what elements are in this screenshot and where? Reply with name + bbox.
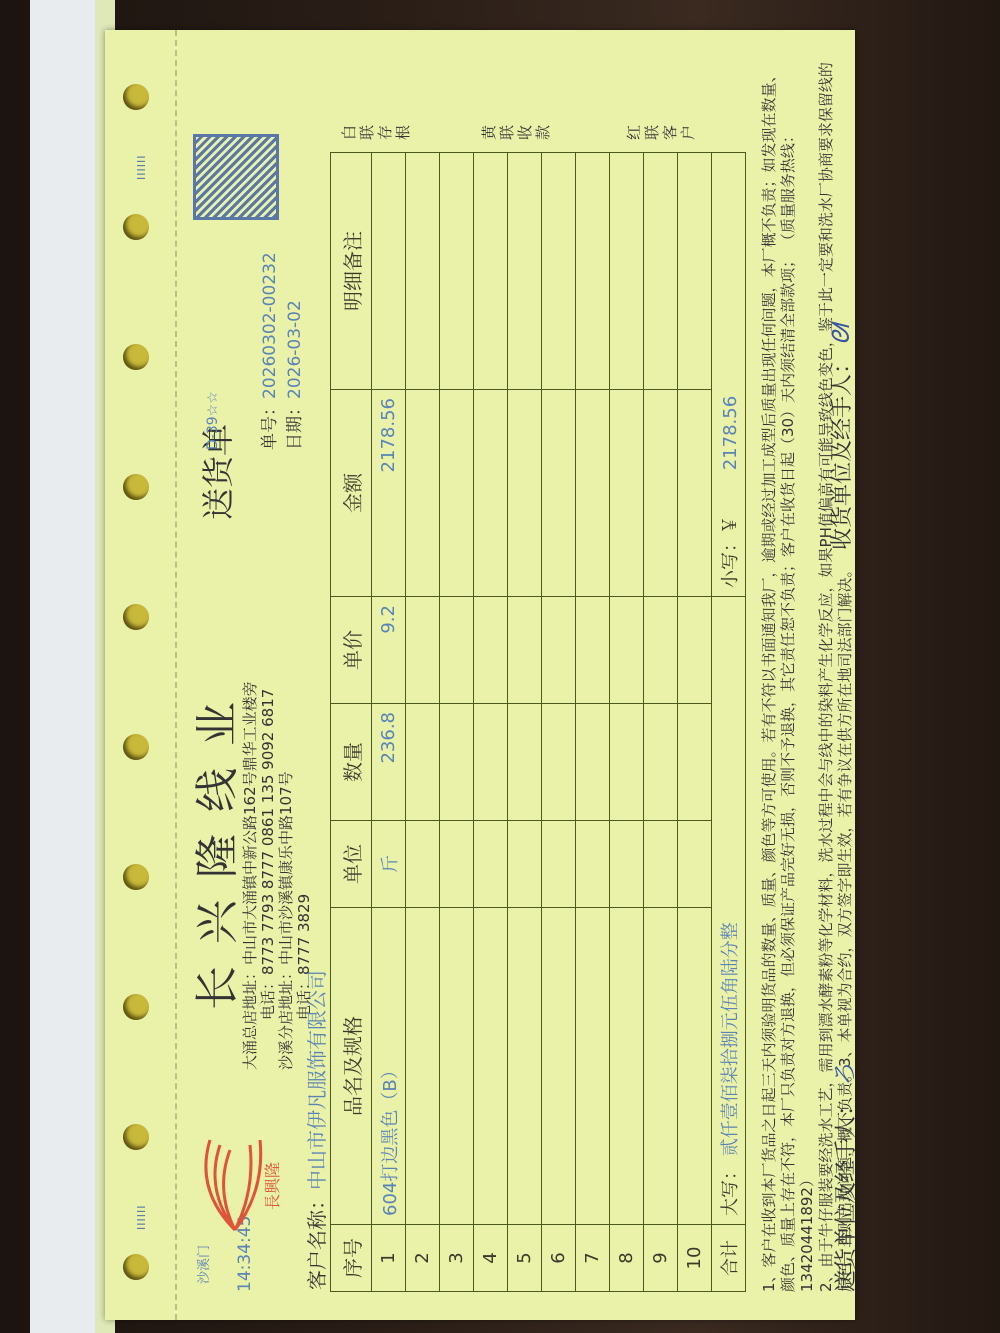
total-row: 合计 大写： 贰仟壹佰柒拾捌元伍角陆分整 小写：￥ 2178.56 [712,153,746,1292]
total-lowercase: 小写：￥ 2178.56 [712,153,746,597]
col-note-header: 明细备注 [331,153,372,390]
table-row: 4 [474,153,508,1292]
copy-label-white: 白联存根 [340,122,412,140]
copy-label-red: 红联客户 [625,122,697,140]
logo-text: 長興隆 [263,1162,280,1210]
col-price-header: 单价 [331,597,372,704]
receiver-signature-field: 收货单位及经手人： ᘛ [825,325,856,550]
table-row: 2 [406,153,440,1292]
sender-signature: ろ [831,1063,859,1087]
col-name-header: 品名及规格 [331,908,372,1225]
table-row: 8 [610,153,644,1292]
table-header-row: 序号 品名及规格 单位 数量 单价 金额 明细备注 [331,153,372,1292]
branch-tag: 沙溪门 [193,1245,212,1284]
terms-line-1: 1、客户在收到本厂货品之日起三天内须验明货品的数量、质量、颜色等方可使用。若有不… [760,67,797,1292]
total-lowercase-value: 2178.56 [720,396,741,470]
sender-signature-field: 送货单位及经手人： ろ [825,1063,860,1292]
receiver-signature: ᘛ [827,325,855,345]
col-amount-header: 金额 [331,390,372,597]
company-name: 长兴隆线业 [181,680,245,1010]
form-code: D-39☆☆ [205,391,221,450]
total-label: 合计 [712,1225,746,1292]
table-row: 5 [508,153,542,1292]
table-row: 6 [542,153,576,1292]
total-uppercase-value: 贰仟壹佰柒拾捌元伍角陆分整 [720,922,741,1156]
col-index-header: 序号 [331,1225,372,1292]
total-uppercase: 大写： 贰仟壹佰柒拾捌元伍角陆分整 [712,597,746,1225]
copy-label-yellow: 黄联收款 [480,122,552,140]
underlying-paper-stack [30,0,102,1333]
table-row: 9 [644,153,678,1292]
table-row: 7 [576,153,610,1292]
table-row: 10 [678,153,712,1292]
order-number-field: 单号：20260302-00232 [255,252,280,450]
company-logo-icon: 長興隆 [190,1130,280,1250]
col-qty-header: 数量 [331,704,372,821]
table-row: 1 604打边黑色（B） 斤 236.8 9.2 2178.56 [372,153,406,1292]
customer-name-field: 客户名称：中山市伊凡服饰有限公司 [301,970,330,1290]
date-field: 日期：2026-03-02 [280,300,305,450]
table-row: 3 [440,153,474,1292]
delivery-note: IIIIII IIIIII 沙溪门 14:34:45 長興隆 长兴隆线业 送货单… [105,30,855,1320]
col-unit-header: 单位 [331,821,372,908]
items-table: 序号 品名及规格 单位 数量 单价 金额 明细备注 1 604打边黑色（B） 斤… [330,152,746,1292]
qr-code-icon [193,134,279,220]
delivery-note-sheet-rotated: IIIIII IIIIII 沙溪门 14:34:45 長興隆 长兴隆线业 送货单… [105,30,855,1320]
